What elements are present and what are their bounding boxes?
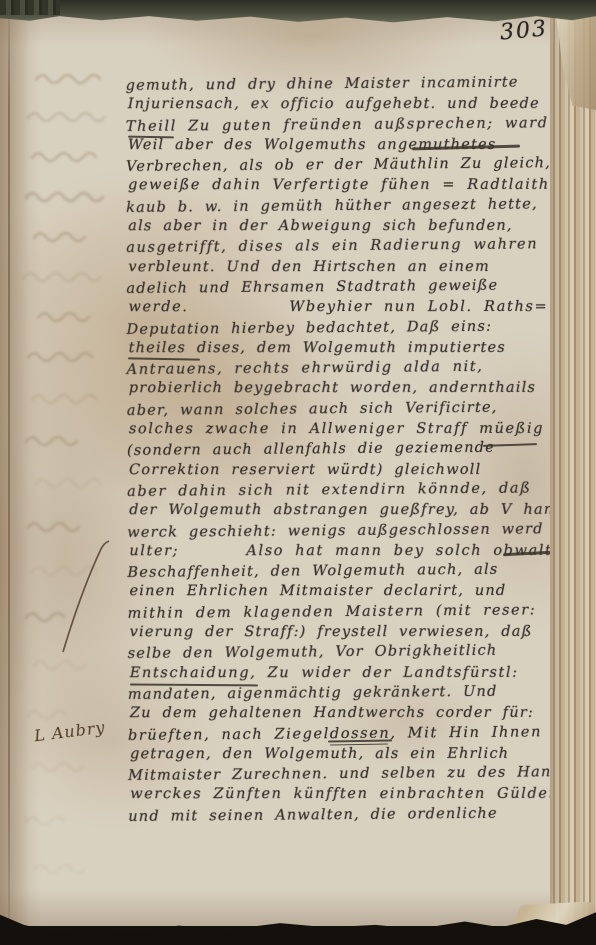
manuscript-text: gemuth, und dry dhine Maister incaminirt…: [126, 73, 565, 826]
manuscript-line: einen Ehrlichen Mitmaister declarirt, un…: [129, 581, 565, 602]
manuscript-line: Zu dem gehaltenen Handtwerchs corder für…: [130, 703, 566, 724]
binding-headband: [0, 0, 60, 15]
manuscript-line: kaub b. w. in gemüth hüther angesezt het…: [126, 194, 562, 218]
manuscript-line: Entschaidung, Zu wider der Landtsfürstl:: [130, 662, 566, 683]
fore-edge-pages: [550, 0, 596, 926]
bleedthrough-text: [14, 66, 134, 886]
manuscript-line: theiles dises, dem Wolgemuth imputiertes: [129, 338, 565, 359]
manuscript-line: Verbrechen, als ob er der Mäuthlin Zu gl…: [126, 153, 562, 177]
manuscript-line: aber, wann solches auch sich Verificirte…: [127, 397, 563, 421]
manuscript-line: (sondern auch allenfahls die geziemende: [127, 437, 563, 461]
manuscript-line: Mitmaister Zurechnen. und selben zu des …: [128, 762, 564, 786]
manuscript-photo: { "document": { "page_number": "303.", "…: [0, 0, 596, 945]
manuscript-line: aber dahin sich nit extendirn könnde, da…: [127, 478, 563, 502]
manuscript-line: geweiße dahin Verfertigte fühen = Radtla…: [128, 175, 564, 196]
manuscript-line: probierlich beygebracht worden, andernth…: [129, 378, 565, 399]
manuscript-line: werde. Wbeyhier nun Lobl. Raths=: [128, 297, 564, 318]
manuscript-line: Deputation hierbey bedachtet, Daß eins:: [126, 316, 562, 340]
manuscript-line: Correktion reserviert würdt) gleichwoll: [129, 459, 565, 480]
manuscript-line: mithin dem klagenden Maistern (mit reser…: [127, 600, 563, 624]
manuscript-line: werck geschieht: wenigs außgeschlossen w…: [127, 519, 563, 543]
manuscript-line: der Wolgemuth abstrangen gueßfrey, ab V …: [129, 500, 565, 521]
manuscript-line: solches zwache in Allweniger Straff müeß…: [129, 419, 565, 440]
manuscript-line: Beschaffenheit, den Wolgemuth auch, als: [127, 559, 563, 583]
manuscript-line: werckes Zünften künfften einbrachten Gül…: [130, 784, 566, 805]
manuscript-line: vierung der Straff:) freystell verwiesen…: [130, 622, 566, 643]
manuscript-line: Injuriensach, ex officio aufgehebt. und …: [128, 94, 564, 115]
manuscript-line: Theill Zu guten freünden außsprechen; wa…: [126, 113, 562, 137]
manuscript-line: adelich und Ehrsamen Stadtrath geweiße: [126, 275, 562, 299]
manuscript-line: und mit seinen Anwalten, die ordenliche: [128, 803, 564, 827]
manuscript-line: verbleunt. Und den Hirtschen an einem: [128, 256, 564, 277]
manuscript-page: 303. gemuth, und dry dhine Maister incam…: [0, 0, 596, 926]
manuscript-line: selbe den Wolgemuth, Vor Obrigkheitlich: [128, 640, 564, 664]
manuscript-line: ausgetrifft, dises als ein Radierung wah…: [126, 234, 562, 258]
gutter-shadow: [0, 0, 30, 926]
manuscript-line: gemuth, und dry dhine Maister incaminirt…: [126, 72, 562, 96]
manuscript-line: getragen, den Wolgemuth, als ein Ehrlich: [130, 744, 566, 765]
gutter-crease: [8, 14, 10, 919]
manuscript-line: als aber in der Abweigung sich befunden,: [128, 216, 564, 237]
manuscript-line: ulter; Also hat mann bey solch obwaltend…: [129, 541, 565, 562]
